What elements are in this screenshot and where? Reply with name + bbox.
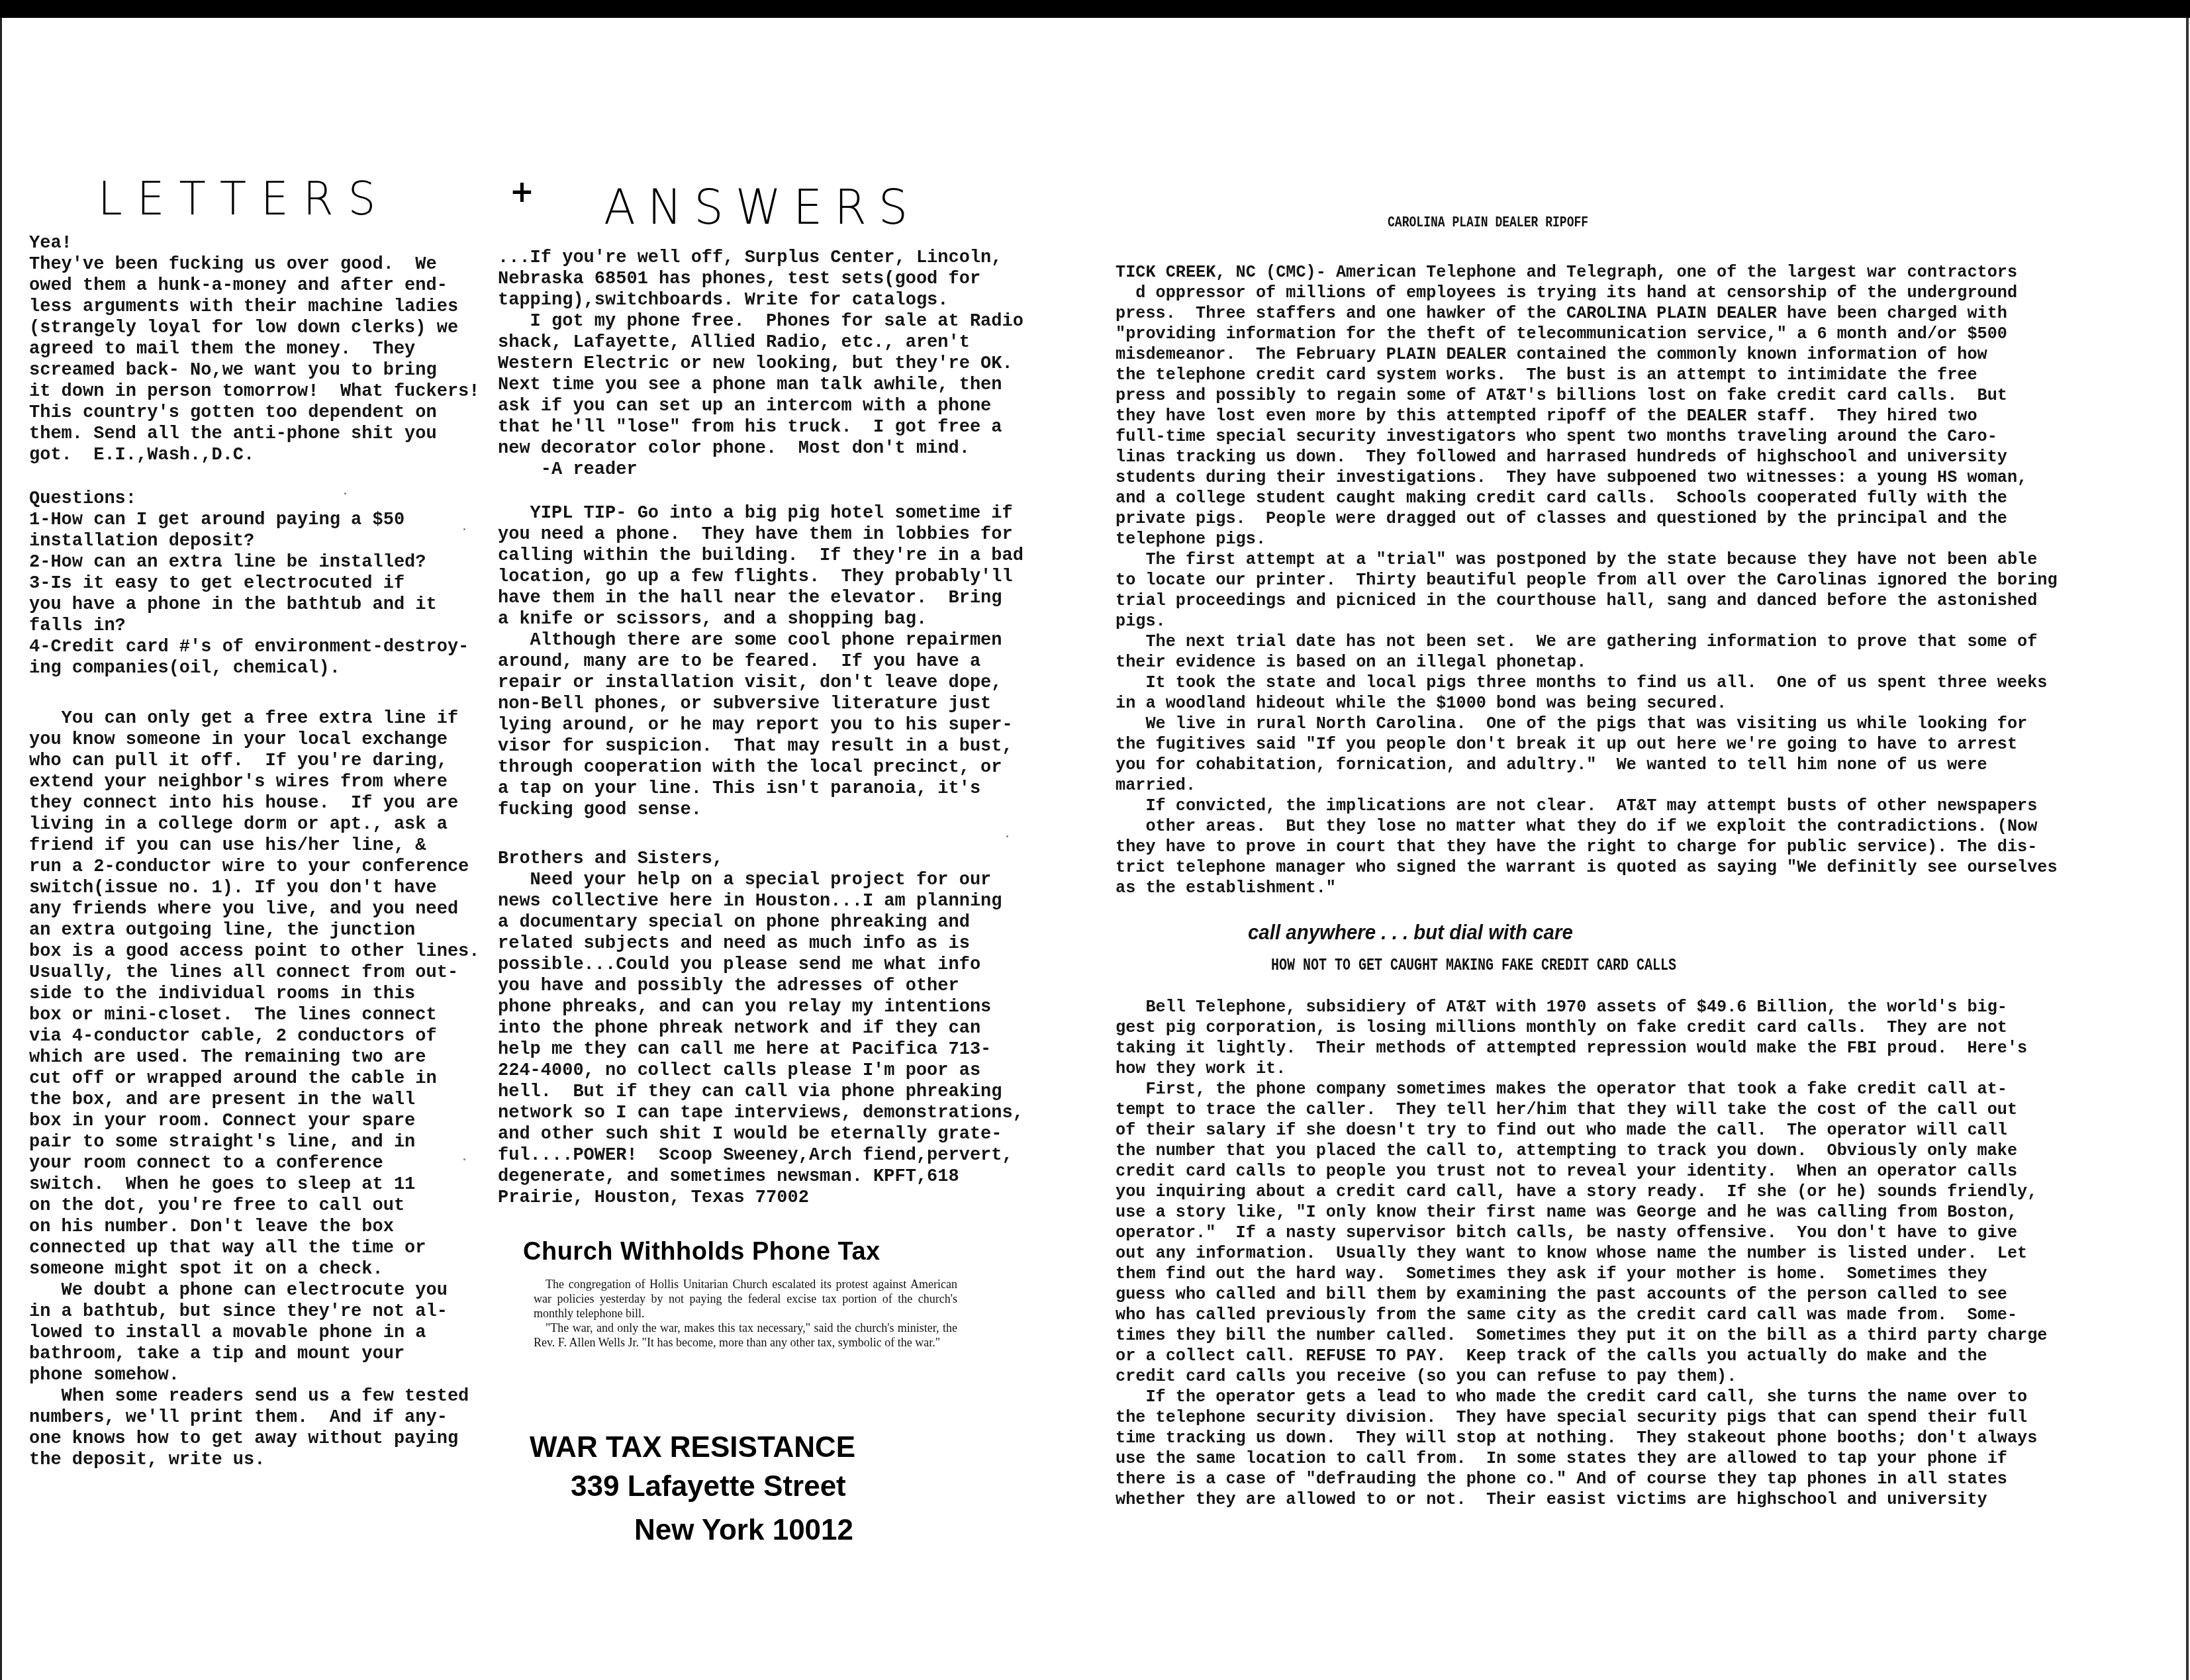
article-subheadline: HOW NOT TO GET CAUGHT MAKING FAKE CREDIT… [1271,956,1676,975]
text-line: the fugitives said "If you people don't … [1116,734,2058,755]
text-line: First, the phone company sometimes makes… [1116,1079,2048,1099]
text-line: owed them a hunk-a-money and after end- [29,275,480,297]
text-line: they have lost even more by this attempt… [1116,406,2058,426]
text-line: (strangely loyal for low down clerks) we [29,318,480,339]
text-line: gest pig corporation, is losing millions… [1116,1017,2048,1038]
scan-top-border [0,0,2190,18]
text-line: YIPL TIP- Go into a big pig hotel someti… [498,503,1024,524]
text-line: you have a phone in the bathtub and it [29,594,469,616]
text-line: box in your room. Connect your spare [29,1111,480,1132]
text-line: 4-Credit card #'s of environment-destroy… [29,637,469,658]
clipping-headline: Church Withholds Phone Tax [523,1238,986,1266]
text-line: extend your neighbor's wires from where [29,772,480,793]
text-line: around, many are to be feared. If you ha… [498,651,1024,673]
text-line: you need a phone. They have them in lobb… [498,524,1024,545]
text-line: phone somehow. [29,1365,480,1386]
text-line: press. Three staffers and one hawker of … [1116,303,2058,324]
text-line: operator." If a nasty supervisor bitch c… [1116,1223,2048,1243]
text-line: Need your help on a special project for … [498,870,1024,891]
text-line: the box, and are present in the wall [29,1090,480,1111]
text-line: box is a good access point to other line… [29,941,480,962]
text-line: them find out the hard way. Sometimes th… [1116,1264,2048,1284]
text-line: who can pull it off. If you're daring, [29,751,480,772]
text-line: they have to prove in court that they ha… [1116,837,2058,857]
text-line: linas tracking us down. They followed an… [1116,447,2058,467]
text-line: tapping),switchboards. Write for catalog… [498,290,1024,311]
text-line: friend if you can use his/her line, & [29,835,480,857]
text-line: as the establishment." [1116,878,2058,898]
text-line: If convicted, the implications are not c… [1116,796,2058,816]
text-line: got. E.I.,Wash.,D.C. [29,445,480,466]
text-line: new decorator color phone. Most don't mi… [498,438,1024,459]
text-line: you know someone in your local exchange [29,729,480,751]
text-line: -A reader [498,459,1024,481]
text-line: ask if you can set up an intercom with a… [498,396,1024,417]
text-line: calling within the building. If they're … [498,545,1024,567]
text-line: Although there are some cool phone repai… [498,630,1024,651]
text-line: the telephone credit card system works. … [1116,365,2058,385]
text-line: pair to some straight's line, and in [29,1132,480,1153]
text-line: news collective here in Houston...I am p… [498,891,1024,912]
text-line: times they bill the number called. Somet… [1116,1325,2048,1346]
article2-body: Bell Telephone, subsidiery of AT&T with … [1116,997,2048,1510]
text-line: private pigs. People were dragged out of… [1116,508,2058,529]
page-title-plus: + [510,177,534,207]
yipl-tip: YIPL TIP- Go into a big pig hotel someti… [498,503,1024,821]
text-line: Prairie, Houston, Texas 77002 [498,1188,1024,1209]
text-line: trict telephone manager who signed the w… [1116,857,2058,878]
text-line: any friends where you live, and you need [29,899,480,920]
text-line: 1-How can I get around paying a $50 [29,510,469,531]
scan-right-edge [2186,18,2189,1680]
text-line: to locate our printer. Thirty beautiful … [1116,570,2058,590]
text-line: ...If you're well off, Surplus Center, L… [498,248,1024,269]
slogan: call anywhere . . . but dial with care [1248,920,1573,945]
text-line: on his number. Don't leave the box [29,1217,480,1238]
text-line: one knows how to get away without paying [29,1428,480,1450]
text-line: trial proceedings and picniced in the co… [1116,590,2058,611]
text-line: who has called previously from the same … [1116,1305,2048,1325]
text-line: We doubt a phone can electrocute you [29,1280,480,1301]
text-line: location, go up a few flights. They prob… [498,567,1024,588]
text-line: in a bathtub, but since they're not al- [29,1301,480,1323]
reader-letter-surplus: ...If you're well off, Surplus Center, L… [498,248,1024,481]
text-line: cut off or wrapped around the cable in [29,1068,480,1090]
text-line: non-Bell phones, or subversive literatur… [498,694,1024,715]
text-line: on the dot, you're free to call out [29,1195,480,1217]
text-line: side to the individual rooms in this [29,984,480,1005]
text-line: numbers, we'll print them. And if any- [29,1407,480,1428]
text-line: Nebraska 68501 has phones, test sets(goo… [498,269,1024,290]
text-line: via 4-conductor cable, 2 conductors of [29,1026,480,1047]
text-line: telephone pigs. [1116,529,2058,549]
text-line: ing companies(oil, chemical). [29,658,469,679]
text-line: This country's gotten too dependent on [29,402,480,424]
text-line: married. [1116,775,2058,796]
text-line: falls in? [29,616,469,637]
text-line: You can only get a free extra line if [29,708,480,729]
text-line: connected up that way all the time or [29,1238,480,1259]
text-line: have them in the hall near the elevator.… [498,588,1024,609]
text-line: which are used. The remaining two are [29,1047,480,1068]
text-line: guess who called and bill them by examin… [1116,1284,2048,1305]
text-line: The next trial date has not been set. We… [1116,631,2058,652]
text-line: whether they are allowed to or not. Thei… [1116,1489,2048,1510]
text-line: you inquiring about a credit card call, … [1116,1182,2048,1202]
text-line: Western Electric or new looking, but the… [498,353,1024,375]
text-line: them. Send all the anti-phone shit you [29,424,480,445]
text-line: they connect into his house. If you are [29,793,480,814]
text-line: living in a college dorm or apt., ask a [29,814,480,835]
text-line: and a college student caught making cred… [1116,488,2058,508]
text-line: fucking good sense. [498,800,1024,821]
text-line: d oppressor of millions of employees is … [1116,283,2058,303]
text-line: credit card calls to people you trust no… [1116,1161,2048,1182]
text-line: there is a case of "defrauding the phone… [1116,1469,2048,1489]
text-line: other areas. But they lose no matter wha… [1116,816,2058,837]
war-tax-resistance-street: 339 Lafayette Street [571,1472,846,1501]
text-line: time tracking us down. They will stop at… [1116,1428,2048,1448]
text-line: in a woodland hideout while the $1000 bo… [1116,693,2058,714]
text-line: screamed back- No,we want you to bring [29,360,480,381]
text-line: Bell Telephone, subsidiery of AT&T with … [1116,997,2048,1017]
text-line: help me they can call me here at Pacific… [498,1039,1024,1060]
text-line: less arguments with their machine ladies [29,297,480,318]
text-line: Usually, the lines all connect from out- [29,962,480,984]
text-line: switch. When he goes to sleep at 11 [29,1174,480,1195]
text-line: ful....POWER! Scoop Sweeney,Arch fiend,p… [498,1145,1024,1166]
page-title-letters: LETTERS [98,176,390,222]
text-line: network so I can tape interviews, demons… [498,1103,1024,1124]
text-line: If the operator gets a lead to who made … [1116,1387,2048,1407]
text-line: a documentary special on phone phreaking… [498,912,1024,933]
scan-speck [463,528,465,530]
text-line: When some readers send us a few tested [29,1386,480,1407]
text-line: or a collect call. REFUSE TO PAY. Keep t… [1116,1346,2048,1366]
text-line: tempt to trace the caller. They tell her… [1116,1099,2048,1120]
text-line: use the same location to call from. In s… [1116,1448,2048,1469]
text-line: phone phreaks, and can you relay my inte… [498,997,1024,1018]
houston-letter: Brothers and Sisters, Need your help on … [498,849,1024,1209]
text-line: that he'll "lose" from his truck. I got … [498,417,1024,438]
text-line: possible...Could you please send me what… [498,955,1024,976]
text-line: the telephone security division. They ha… [1116,1407,2048,1428]
clipping-paragraph: The congregation of Hollis Unitarian Chu… [534,1277,957,1321]
news-clipping: Church Withholds Phone Tax The congregat… [523,1238,986,1350]
text-line: box or mini-closet. The lines connect [29,1005,480,1026]
text-line: lowed to install a movable phone in a [29,1323,480,1344]
reader-questions: Questions:1-How can I get around paying … [29,489,469,679]
text-line: someone might spot it on a check. [29,1259,480,1280]
text-line: installation deposit? [29,531,469,552]
text-line: full-time special security investigators… [1116,426,2058,447]
text-line: into the phone phreak network and if the… [498,1018,1024,1039]
text-line: through cooperation with the local preci… [498,757,1024,778]
text-line: Yea! [29,233,480,254]
text-line: TICK CREEK, NC (CMC)- American Telephone… [1116,262,2058,283]
text-line: taking it lightly. Their methods of atte… [1116,1038,2048,1058]
text-line: use a story like, "I only know their fir… [1116,1202,2048,1223]
text-line: students during their investigations. Th… [1116,467,2058,488]
article-body: TICK CREEK, NC (CMC)- American Telephone… [1116,262,2058,898]
answer-text: You can only get a free extra line ifyou… [29,708,480,1471]
letter-wash-dc: Yea!They've been fucking us over good. W… [29,233,480,466]
scan-left-edge [0,18,2,1680]
text-line: 2-How can an extra line be installed? [29,552,469,573]
clipping-body: The congregation of Hollis Unitarian Chu… [523,1277,957,1350]
text-line: and other such shit I would be eternally… [498,1124,1024,1145]
text-line: agreed to mail them the money. They [29,339,480,360]
text-line: switch(issue no. 1). If you don't have [29,878,480,899]
text-line: how they work it. [1116,1058,2048,1079]
war-tax-resistance-city: New York 10012 [634,1516,853,1545]
text-line: of their salary if she doesn't try to fi… [1116,1120,2048,1141]
text-line: 224-4000, no collect calls please I'm po… [498,1060,1024,1082]
text-line: Brothers and Sisters, [498,849,1024,870]
scan-speck [344,492,346,494]
text-line: Questions: [29,489,469,510]
text-line: an extra outgoing line, the junction [29,920,480,941]
text-line: hell. But if they can call via phone phr… [498,1082,1024,1103]
text-line: misdemeanor. The February PLAIN DEALER c… [1116,344,2058,365]
text-line: your room connect to a conference [29,1153,480,1174]
text-line: I got my phone free. Phones for sale at … [498,311,1024,332]
text-line: repair or installation visit, don't leav… [498,673,1024,694]
text-line: The first attempt at a "trial" was postp… [1116,549,2058,570]
text-line: "providing information for the theft of … [1116,324,2058,344]
clipping-paragraph: "The war, and only the war, makes this t… [534,1321,957,1350]
text-line: degenerate, and sometimes newsman. KPFT,… [498,1166,1024,1188]
text-line: the number that you placed the call to, … [1116,1141,2048,1161]
text-line: related subjects and need as much info a… [498,933,1024,955]
text-line: We live in rural North Carolina. One of … [1116,714,2058,734]
text-line: you for cohabitation, fornication, and a… [1116,755,2058,775]
text-line: pigs. [1116,611,2058,631]
scan-speck [463,1158,465,1160]
text-line: a knife or scissors, and a shopping bag. [498,609,1024,630]
scan-speck [1006,835,1008,837]
text-line: you have and possibly the adresses of ot… [498,976,1024,997]
text-line: out any information. Usually they want t… [1116,1243,2048,1264]
article-headline: CAROLINA PLAIN DEALER RIPOFF [1388,214,1588,231]
text-line: They've been fucking us over good. We [29,254,480,275]
text-line: shack, Lafayette, Allied Radio, etc., ar… [498,332,1024,353]
text-line: credit card calls you receive (so you ca… [1116,1366,2048,1387]
text-line: their evidence is based on an illegal ph… [1116,652,2058,673]
text-line: the deposit, write us. [29,1450,480,1471]
page-title-answers: ANSWERS [604,183,920,232]
text-line: bathroom, take a tip and mount your [29,1344,480,1365]
text-line: 3-Is it easy to get electrocuted if [29,573,469,594]
text-line: run a 2-conductor wire to your conferenc… [29,857,480,878]
text-line: visor for suspicion. That may result in … [498,736,1024,757]
text-line: It took the state and local pigs three m… [1116,673,2058,693]
text-line: press and possibly to regain some of AT&… [1116,385,2058,406]
war-tax-resistance-name: WAR TAX RESISTANCE [530,1433,855,1462]
text-line: a tap on your line. This isn't paranoia,… [498,778,1024,800]
text-line: Next time you see a phone man talk awhil… [498,375,1024,396]
text-line: lying around, or he may report you to hi… [498,715,1024,736]
text-line: it down in person tomorrow! What fuckers… [29,381,480,402]
